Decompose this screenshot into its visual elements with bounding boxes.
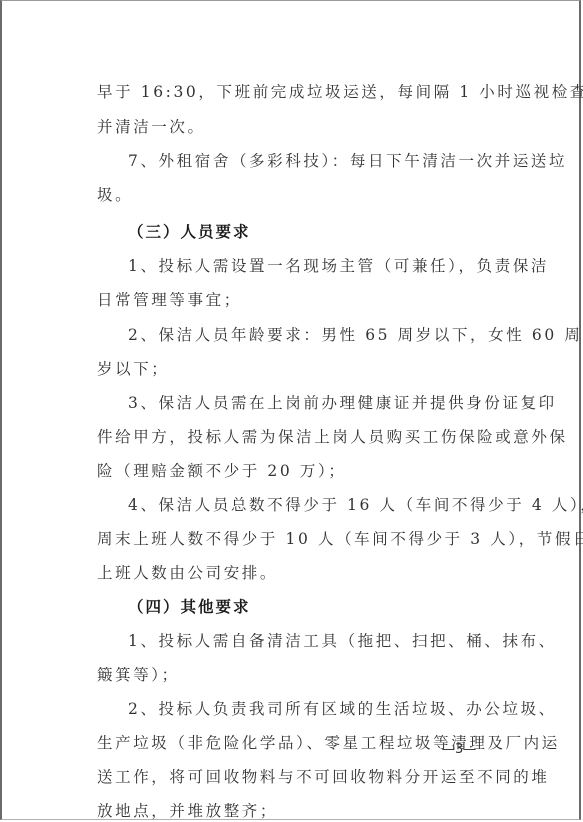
list-item-1: 1、投标人需自备清洁工具（拖把、扫把、桶、抹布、 [128,631,528,651]
list-item-7: 7、外租宿舍（多彩科技）：每日下午清洁一次并运送垃 [128,151,528,171]
paragraph-line: 放地点，并堆放整齐； [97,801,497,821]
section-heading-other: （四）其他要求 [128,597,528,617]
paragraph-line: 上班人数由公司安排。 [97,563,497,583]
paragraph-line: 圾。 [97,185,497,205]
paragraph-line: 件给甲方，投标人需为保洁上岗人员购买工伤保险或意外保 [97,427,497,447]
list-item-2: 2、投标人负责我司所有区域的生活垃圾、办公垃圾、 [128,699,528,719]
paragraph-line: 并清洁一次。 [97,117,497,137]
paragraph-line: 岁以下； [97,359,497,379]
paragraph-line: 生产垃圾（非危险化学品）、零星工程垃圾等清理及厂内运 [97,733,497,753]
list-item-3: 3、保洁人员需在上岗前办理健康证并提供身份证复印 [128,393,528,413]
list-item-1: 1、投标人需设置一名现场主管（可兼任），负责保洁 [128,256,528,276]
document-page: 早于 16:30，下班前完成垃圾运送，每间隔 1 小时巡视检查 并清洁一次。 7… [0,0,581,820]
section-heading-personnel: （三）人员要求 [128,222,528,242]
page-number: —3— [442,742,476,757]
paragraph-line: 日常管理等事宜； [97,290,497,310]
paragraph-line: 簸箕等）； [97,665,497,685]
paragraph-line: 送工作，将可回收物料与不可回收物料分开运至不同的堆 [97,767,497,787]
paragraph-line: 周末上班人数不得少于 10 人（车间不得少于 3 人），节假日 [97,529,497,549]
list-item-2: 2、保洁人员年龄要求：男性 65 周岁以下，女性 60 周 [128,325,528,345]
paragraph-line: 险（理赔金额不少于 20 万）； [97,461,497,481]
list-item-4: 4、保洁人员总数不得少于 16 人（车间不得少于 4 人）， [128,495,528,515]
paragraph-line: 早于 16:30，下班前完成垃圾运送，每间隔 1 小时巡视检查 [97,82,497,102]
